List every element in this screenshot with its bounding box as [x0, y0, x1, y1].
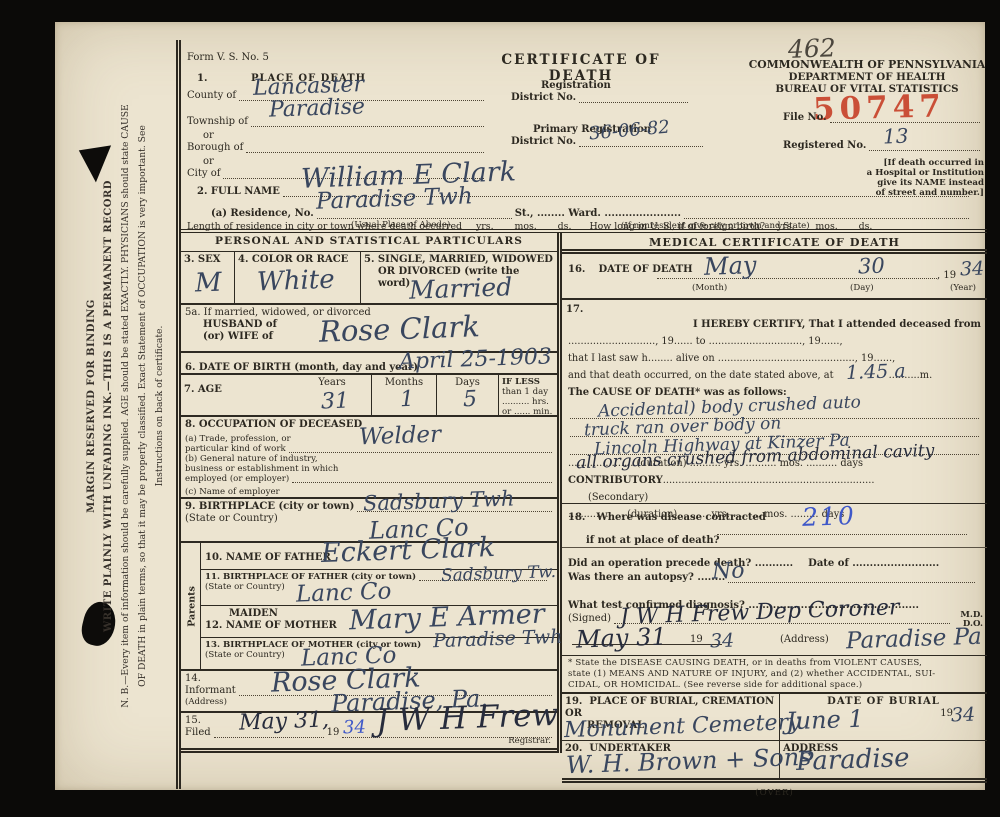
file-no-row: File No. [783, 112, 983, 124]
father-label: 10. NAME OF FATHER [205, 552, 331, 563]
burial-place-value: Monument Cemetery [564, 712, 801, 742]
sex-value: M [195, 270, 223, 297]
city-label: City of [187, 168, 220, 180]
age-label-cell: 7. AGE [181, 375, 293, 415]
sign-address-value: Paradise Pa [846, 626, 983, 654]
race-cell: 4. COLOR OR RACE White [235, 252, 361, 303]
dod-year-printed: , 19 [937, 270, 956, 282]
autopsy-row: Was there an autopsy? ........ No [562, 569, 987, 590]
s19-number: 19. [565, 696, 582, 707]
occupation-value: Welder [359, 424, 442, 450]
residence-value: Paradise Twh [316, 185, 473, 213]
contributory-label: CONTRIBUTORY [568, 472, 663, 489]
commonwealth-line: COMMONWEALTH OF PENNSYLVANIA [746, 58, 988, 71]
sign-date-row: 19 May 31 34 (Address) Paradise Pa [562, 634, 987, 656]
margin-line-1: MARGIN RESERVED FOR BINDING [83, 22, 100, 790]
occupation-b3: employed (or employer) [185, 474, 289, 484]
borough-row: Borough of [187, 142, 487, 154]
death-time-value: 1.45 a [846, 362, 906, 383]
age-months-value: 1 [400, 389, 415, 411]
township-label: Township of [187, 116, 248, 128]
race-value: White [257, 267, 335, 296]
age-years-header: Years [296, 377, 368, 389]
autopsy-value: No [712, 560, 745, 583]
dod-month-caption: (Month) [692, 283, 727, 293]
dod-day-caption: (Day) [850, 283, 874, 293]
mother-bp-value: Paradise Twh [433, 628, 563, 652]
registered-no-label: Registered No. [783, 140, 866, 152]
undertaker-address-value: Paradise [796, 745, 910, 775]
dob-row: 6. DATE OF BIRTH (month, day and year) A… [181, 353, 557, 375]
residence-label: (a) Residence, No. [211, 208, 314, 220]
s18-line-2: if not at place of death? [586, 535, 719, 546]
footnote-2: state (1) MEANS AND NATURE OF INJURY, an… [568, 669, 981, 680]
operation-question: Did an operation precede death? ........… [568, 558, 793, 569]
undertaker-row: 20. UNDERTAKER W. H. Brown + Sons ADDRES… [562, 740, 987, 778]
operation-date-label: Date of ......................... [808, 558, 939, 569]
father-value: Eckert Clark [321, 534, 496, 567]
parents-label: Parents [187, 552, 198, 662]
filed-date-value: May 31, [239, 709, 330, 734]
sex-cell: 3. SEX M [181, 252, 235, 303]
dob-value: April 25-1903 [399, 346, 553, 373]
margin-line-2: WRITE PLAINLY WITH UNFADING INK.—THIS IS… [100, 22, 117, 790]
if-less-3: .......... hrs. [502, 397, 554, 407]
dod-year-value: 34 [960, 260, 985, 280]
department-line: DEPARTMENT OF HEALTH [746, 71, 988, 83]
margin-line-4: OF DEATH in plain terms, so that it may … [134, 22, 151, 790]
death-time-pre: and that death occurred, on the date sta… [568, 370, 834, 381]
registration-district: Registration District No. [511, 80, 701, 104]
marital-label-1: 5. SINGLE, MARRIED, WIDOWED [364, 254, 554, 266]
medical-column: MEDICAL CERTIFICATE OF DEATH 16. DATE OF… [562, 233, 987, 798]
dod-year-caption: (Year) [950, 283, 976, 293]
certify-line-3: that I last saw h........ alive on .....… [568, 350, 981, 367]
registration-label-1: Registration [511, 80, 701, 92]
certification-block: 17. I HEREBY CERTIFY, That I attended de… [562, 300, 987, 504]
if-less-2: than 1 day [502, 387, 554, 397]
birthplace-value: Sadsbury Twh [363, 488, 515, 514]
if-less-4: or ...... min. [502, 407, 554, 417]
personal-title: PERSONAL AND STATISTICAL PARTICULARS [181, 233, 557, 252]
binding-margin: MARGIN RESERVED FOR BINDING WRITE PLAINL… [83, 22, 177, 790]
informant-label: Informant [185, 685, 236, 697]
sign-year-printed: 19 [690, 634, 703, 646]
sign-year-value: 34 [710, 632, 735, 652]
undertaker-address-cell: ADDRESS Paradise [780, 741, 987, 778]
full-name-label: 2. FULL NAME [197, 186, 280, 198]
registrar-label: Registrar. [508, 736, 551, 746]
dod-month-value: May [704, 253, 757, 279]
burial-place-cell: 19. PLACE OF BURIAL, CREMATION OR REMOVA… [562, 694, 780, 740]
footnote-1: * State the DISEASE CAUSING DEATH, or in… [568, 658, 981, 669]
burial-table: 19. PLACE OF BURIAL, CREMATION OR REMOVA… [562, 692, 987, 783]
section1-number: 1. [197, 73, 207, 85]
filed-label: Filed [185, 727, 211, 739]
if-less-cell: IF LESS than 1 day .......... hrs. or ..… [499, 375, 557, 415]
s18-number: 18. [568, 512, 585, 523]
borough-label: Borough of [187, 142, 243, 154]
certify-number: 17. [566, 304, 583, 316]
marital-cell: 5. SINGLE, MARRIED, WIDOWED OR DIVORCED … [361, 252, 557, 303]
filed-row: 15. Filed 19 Registrar. May 31, 34 J W H… [181, 713, 557, 753]
autopsy-question: Was there an autopsy? ........ [568, 572, 725, 584]
parents-label-cell: Parents [181, 543, 201, 669]
disease-contracted-row: 18. Where was disease contracted 210 [562, 504, 987, 528]
father-bp-value: Sadsbury Tw. [441, 564, 557, 585]
personal-column: PERSONAL AND STATISTICAL PARTICULARS 3. … [181, 233, 562, 753]
medical-title: MEDICAL CERTIFICATE OF DEATH [562, 233, 987, 254]
father-bp-value-2: Lanc Co [296, 580, 392, 606]
sign-date-value: May 31 [576, 624, 667, 651]
over-note: (OVER) [562, 783, 987, 798]
burial-date-cell: DATE OF BURIAL 19 June 1 34 [780, 694, 987, 740]
certificate-form: Form V. S. No. 5 1. PLACE OF DEATH Count… [176, 40, 982, 789]
race-label: 4. COLOR OR RACE [238, 254, 357, 266]
sign-address-label: (Address) [780, 634, 829, 646]
certify-line-4: and that death occurred, on the date sta… [568, 367, 981, 384]
certify-line-2: ............................, 19...... t… [568, 333, 981, 350]
contributory-dots: ........................................… [663, 472, 973, 489]
primary-reg-label-2: District No. [511, 136, 576, 148]
parents-block: Parents 10. NAME OF FATHER Eckert Clark … [181, 543, 557, 671]
dod-label: DATE OF DEATH [599, 264, 693, 275]
margin-line-3: N. B.—Every item of information should b… [117, 22, 134, 790]
date-of-death-row: 16. DATE OF DEATH , 19 (Month) (Day) (Ye… [562, 254, 987, 300]
age-label: 7. AGE [184, 384, 222, 395]
hospital-note-1: [If death occurred in [829, 158, 984, 168]
operation-row: Did an operation precede death? ........… [562, 548, 987, 569]
file-no-label: File No. [783, 112, 827, 124]
spouse-value: Rose Clark [319, 312, 481, 347]
registrar-signature: J W H Frew [376, 700, 559, 737]
dob-label: 6. DATE OF BIRTH (month, day and year) [185, 362, 418, 373]
hospital-note-2: a Hospital or Institution [829, 168, 984, 178]
filed-year-value: 34 [343, 719, 367, 738]
burial-date-value: June 1 [786, 707, 864, 734]
s18-line-1: Where was disease contracted [597, 512, 766, 523]
occupation-a2: particular kind of work [185, 444, 286, 454]
age-row: 7. AGE Years 31 Months 1 Days 5 IF LESS … [181, 375, 557, 417]
dod-day-value: 30 [858, 256, 885, 278]
or-2: or [203, 156, 214, 168]
or-1: or [203, 130, 214, 142]
sex-label: 3. SEX [184, 254, 231, 266]
footnote-block: * State the DISEASE CAUSING DEATH, or in… [562, 656, 987, 692]
form-number: Form V. S. No. 5 [187, 52, 269, 64]
undertaker-value: W. H. Brown + Sons [566, 745, 812, 778]
birthplace-label: 9. BIRTHPLACE (city or town) [185, 501, 354, 513]
age-years-cell: Years 31 [293, 375, 371, 415]
dod-number: 16. [568, 264, 585, 275]
township-value: Paradise [269, 96, 366, 121]
age-years-value: 31 [321, 391, 350, 414]
street-ward-label: St., ........ Ward. ....................… [515, 208, 681, 220]
occupation-b2: business or establishment in which [185, 464, 553, 474]
registered-no-value: 13 [883, 126, 909, 147]
undertaker-cell: 20. UNDERTAKER W. H. Brown + Sons [562, 741, 780, 778]
burial-year-value: 34 [950, 706, 975, 726]
marital-value: Married [409, 274, 513, 303]
certify-statement: I HEREBY CERTIFY, That I attended deceas… [568, 316, 981, 333]
county-label: County of [187, 90, 236, 102]
disease-contracted-row-2: if not at place of death? [562, 528, 987, 548]
footnote-3: CIDAL, OR HOMICIDAL. (See reverse side f… [568, 680, 981, 691]
certificate-sheet: MARGIN RESERVED FOR BINDING WRITE PLAINL… [55, 22, 985, 790]
duration-line-1: ..................... (duration) .......… [568, 455, 981, 472]
occupation-b1: (b) General nature of industry, [185, 454, 553, 464]
s18-value: 210 [802, 503, 857, 530]
contributory-row: CONTRIBUTORY ...........................… [568, 472, 973, 489]
signed-label: (Signed) [568, 613, 611, 625]
sex-race-marital-row: 3. SEX M 4. COLOR OR RACE White 5. SINGL… [181, 252, 557, 305]
if-less-1: IF LESS [502, 377, 554, 387]
registration-label-2: District No. [511, 92, 576, 104]
age-months-cell: Months 1 [371, 375, 437, 415]
age-days-cell: Days 5 [437, 375, 499, 415]
age-days-value: 5 [463, 389, 478, 411]
burial-row: 19. PLACE OF BURIAL, CREMATION OR REMOVA… [562, 694, 987, 740]
margin-line-5: Instructions on back of certificate. [151, 22, 168, 790]
